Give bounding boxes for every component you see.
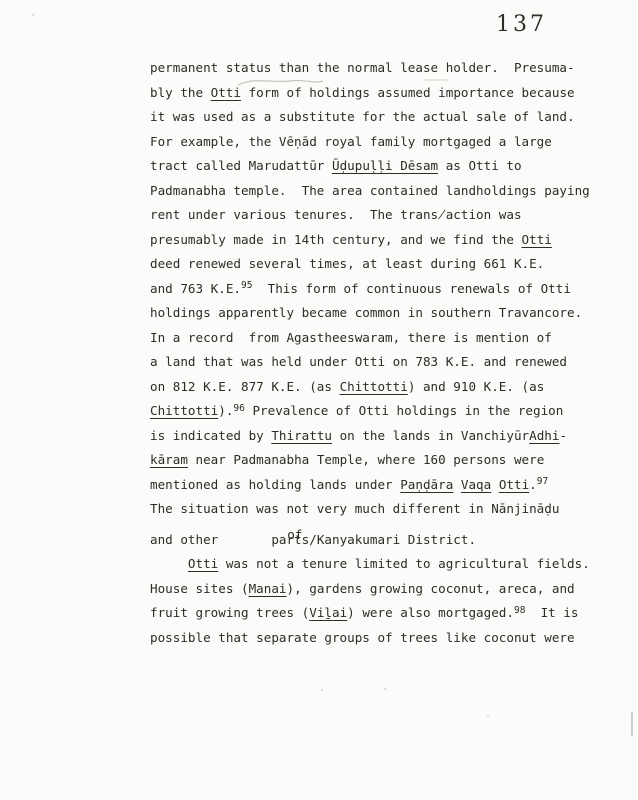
text-run: presumably made in 14th century, and we … (150, 232, 522, 247)
text-line: fruit growing trees (Viḻai) were also mo… (150, 601, 620, 626)
underlined-term: Chittotti (340, 379, 408, 394)
text-line: Chittotti).96 Prevalence of Otti holding… (150, 399, 620, 424)
text-line: In a record from Agastheeswaram, there i… (150, 326, 620, 351)
underlined-term: kāram (150, 452, 188, 467)
text-run: fruit growing trees ( (150, 605, 309, 620)
text-run (453, 477, 461, 492)
footnote-ref: 96 (233, 403, 244, 414)
text-run: and other parts (150, 532, 309, 547)
text-run: For example, the Vēṇād royal family mort… (150, 134, 552, 149)
text-line: possible that separate groups of trees l… (150, 626, 620, 651)
text-run: deed renewed several times, at least dur… (150, 256, 544, 271)
text-run: on the lands in Vanchiyūr (332, 428, 529, 443)
text-run: as Otti to (438, 158, 521, 173)
paper-speck (321, 689, 323, 691)
text-line: holdings apparently became common in sou… (150, 301, 620, 326)
text-run: . (529, 477, 537, 492)
text-run: holdings apparently became common in sou… (150, 305, 582, 320)
footnote-ref: 97 (537, 476, 548, 487)
text-run: /Kanyakumari District. (309, 532, 476, 547)
text-line: is indicated by Thirattu on the lands in… (150, 424, 620, 449)
text-line: and other partsof/Kanyakumari District. (150, 528, 620, 553)
text-run: - (559, 428, 567, 443)
text-run: possible that separate groups of trees l… (150, 630, 575, 645)
underlined-term: Adhi (529, 428, 559, 443)
text-run: It is (525, 605, 578, 620)
text-run: ) and 910 K.E. (as (408, 379, 544, 394)
inserted-word-text: of (287, 529, 302, 541)
text-run: ). (218, 403, 233, 418)
text-run: near Padmanabha Temple, where 160 person… (188, 452, 544, 467)
text-run: mentioned as holding lands under (150, 477, 400, 492)
text-line: permanent status than the normal lease h… (150, 56, 620, 81)
underlined-term: Manai (249, 581, 287, 596)
footnote-ref: 95 (241, 280, 252, 291)
text-run: ) were also mortgaged. (347, 605, 514, 620)
paper-speck (32, 14, 34, 16)
body-text: permanent status than the normal lease h… (150, 56, 620, 650)
underlined-term: Otti (211, 85, 241, 100)
underlined-term: Otti (522, 232, 552, 247)
text-line: Padmanabha temple. The area contained la… (150, 179, 620, 204)
text-line: tract called Marudattūr Ūḍupuḷḷi Dēsam a… (150, 154, 620, 179)
text-run: and 763 K.E. (150, 281, 241, 296)
text-run: it was used as a substitute for the actu… (150, 109, 575, 124)
text-line: a land that was held under Otti on 783 K… (150, 350, 620, 375)
text-run: rent under various tenures. The trans̸ac… (150, 207, 522, 222)
text-run: form of holdings assumed importance beca… (241, 85, 575, 100)
page-number: 137 (496, 12, 547, 37)
text-line: bly the Otti form of holdings assumed im… (150, 81, 620, 106)
paper-speck (487, 715, 489, 717)
text-run: House sites ( (150, 581, 249, 596)
text-run: permanent status than the normal lease h… (150, 60, 575, 75)
underlined-term: Paṇḍāra (400, 477, 453, 492)
underlined-term: Vaqa (461, 477, 491, 492)
text-line: mentioned as holding lands under Paṇḍāra… (150, 473, 620, 498)
underlined-term: Chittotti (150, 403, 218, 418)
text-line: presumably made in 14th century, and we … (150, 228, 620, 253)
text-line: kāram near Padmanabha Temple, where 160 … (150, 448, 620, 473)
scanned-page: 137 permanent status than the normal lea… (0, 0, 638, 800)
text-line: and 763 K.E.95 This form of continuous r… (150, 277, 620, 302)
text-run: Padmanabha temple. The area contained la… (150, 183, 590, 198)
text-line: deed renewed several times, at least dur… (150, 252, 620, 277)
text-line: on 812 K.E. 877 K.E. (as Chittotti) and … (150, 375, 620, 400)
underlined-term: Ūḍupuḷḷi Dēsam (332, 158, 438, 173)
text-line: The situation was not very much differen… (150, 497, 620, 522)
underlined-term: Viḻai (309, 605, 347, 620)
text-line: For example, the Vēṇād royal family mort… (150, 130, 620, 155)
text-run: In a record from Agastheeswaram, there i… (150, 330, 552, 345)
text-run (491, 477, 499, 492)
text-run: Prevalence of Otti holdings in the regio… (245, 403, 563, 418)
text-line: rent under various tenures. The trans̸ac… (150, 203, 620, 228)
text-run: bly the (150, 85, 211, 100)
underlined-term: Thirattu (271, 428, 332, 443)
footnote-ref: 98 (514, 605, 525, 616)
paper-speck (384, 688, 386, 690)
text-run: The situation was not very much differen… (150, 501, 559, 516)
text-run: is indicated by (150, 428, 271, 443)
text-line: Otti was not a tenure limited to agricul… (150, 552, 620, 577)
text-run: ), gardens growing coconut, areca, and (287, 581, 575, 596)
text-run (150, 556, 188, 571)
text-run: a land that was held under Otti on 783 K… (150, 354, 567, 369)
text-run: on 812 K.E. 877 K.E. (as (150, 379, 340, 394)
text-line: House sites (Manai), gardens growing coc… (150, 577, 620, 602)
text-line: it was used as a substitute for the actu… (150, 105, 620, 130)
underlined-term: Otti (188, 556, 218, 571)
text-run: tract called Marudattūr (150, 158, 332, 173)
underlined-term: Otti (499, 477, 529, 492)
text-run: was not a tenure limited to agricultural… (218, 556, 590, 571)
text-run: This form of continuous renewals of Otti (252, 281, 570, 296)
